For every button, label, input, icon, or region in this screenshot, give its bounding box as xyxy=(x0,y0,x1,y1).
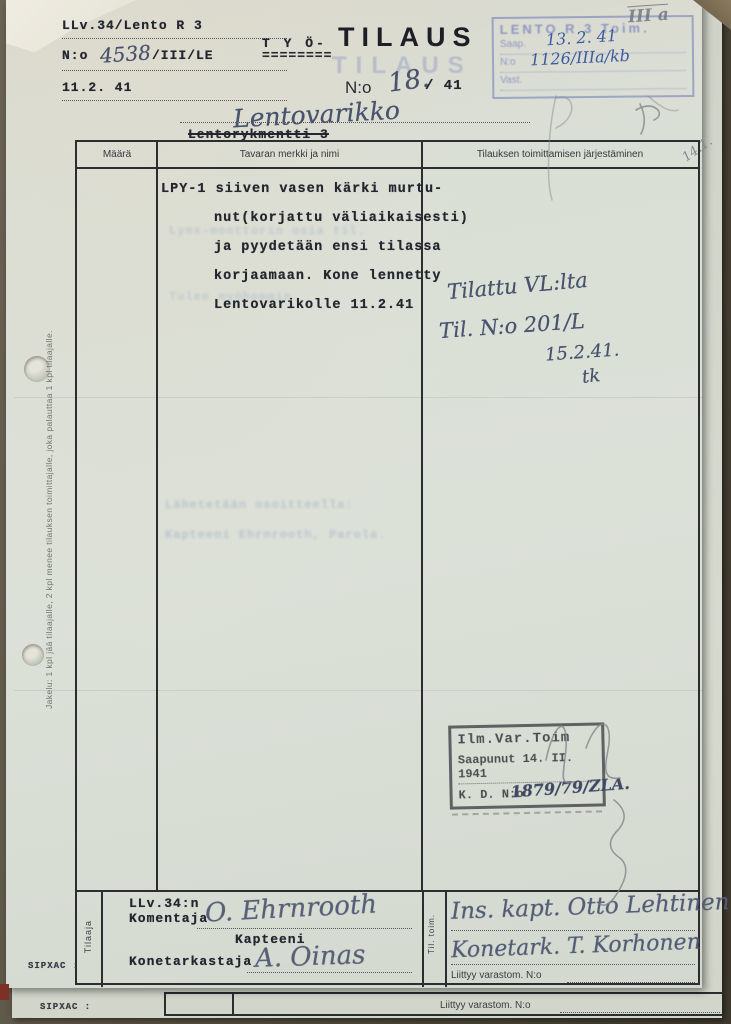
punch-hole xyxy=(22,644,44,666)
handwritten-note: 15.2.41. xyxy=(544,339,620,365)
divider xyxy=(445,892,447,987)
under-sheet-varasto-label: Liittyy varastom. N:o xyxy=(440,1000,531,1011)
order-text-line: LPY-1 siiven vasen kärki murtu- xyxy=(161,182,443,197)
document-number-label: N:o xyxy=(62,48,88,63)
sipxac-label: SIPXAC : xyxy=(28,961,79,971)
order-text-line: korjaamaan. Kone lennetty xyxy=(214,269,442,284)
ghost-bleedthrough-line: Lynx-moottorin osia til. xyxy=(169,224,366,238)
handwritten-note: Til. N:o 201/L xyxy=(438,309,585,343)
underline xyxy=(62,38,287,39)
col-header-maara: Määrä xyxy=(77,149,157,160)
col-header-tilauksen: Tilauksen toimittamisen järjestäminen xyxy=(422,149,698,160)
til-toim-label: Til. toim. xyxy=(427,914,436,954)
order-text-line: nut(korjattu väliaikaisesti) xyxy=(214,211,469,226)
unit-line: LLv.34/Lento R 3 xyxy=(62,18,203,33)
underline xyxy=(62,70,287,71)
supplier-signature-1: Ins. kapt. Otto Lehtinen xyxy=(451,889,730,925)
varasto-label: Liittyy varastom. N:o xyxy=(451,970,542,981)
order-table: Määrä Tavaran merkki ja nimi Tilauksen t… xyxy=(75,140,700,985)
order-text-line: ja pyydetään ensi tilassa xyxy=(214,240,442,255)
orderer-title: Komentaja xyxy=(129,911,208,926)
ghost-bleedthrough-line: Kapteeni Ehrnrooth, Parola. xyxy=(165,528,386,542)
order-number-label: N:o xyxy=(345,78,371,98)
orderer-unit: LLv.34:n xyxy=(129,896,199,911)
signature-line xyxy=(197,928,412,929)
signature-line xyxy=(451,964,695,965)
order-text-line: Lentovarikolle 11.2.41 xyxy=(214,298,414,313)
handwritten-initials: tk xyxy=(581,365,601,388)
divider xyxy=(101,892,103,987)
signature-line xyxy=(247,972,412,973)
title-underline-glyphs: ======== xyxy=(262,48,332,63)
stamp-row-label: Saap. xyxy=(500,39,526,50)
supplier-signature-2: Konetark. T. Korhonen xyxy=(451,930,702,964)
document-number-suffix: /III/LE xyxy=(152,48,214,63)
stamp-row-label: Vast. xyxy=(500,75,522,86)
inspector-label: Konetarkastaja xyxy=(129,954,252,969)
distribution-note: Jakelu: 1 kpl jää tilaajalle, 2 kpl mene… xyxy=(44,330,54,710)
document-date: 11.2. 41 xyxy=(62,80,132,95)
ghost-bleedthrough-line: Lähetetään osoitteella: xyxy=(165,498,354,512)
handwritten-note: Tilattu VL:lta xyxy=(446,268,588,304)
page-title: TILAUS xyxy=(338,22,478,53)
order-number-suffix: / 41 xyxy=(425,78,463,94)
underline xyxy=(180,122,530,123)
tilaaja-label: Tilaaja xyxy=(83,920,93,953)
inspector-signature: A. Oinas xyxy=(255,940,367,974)
divider xyxy=(422,892,424,987)
underline xyxy=(62,100,287,101)
under-sheet-sipxac-label: SIPXAC : xyxy=(40,1002,91,1012)
under-sheet-dotline xyxy=(560,1012,720,1013)
table-header-row: Määrä Tavaran merkki ja nimi Tilauksen t… xyxy=(77,142,698,169)
ilm-var-toim-stamp: Ilm.Var.Toim Saapunut 14. II. 1941 K. D.… xyxy=(448,722,606,809)
document-number-handwritten: 4538 xyxy=(99,40,151,67)
receiving-stamp-lento-r3: LENTO R 3 Toim. Saap. N:o Vast. 13. 2. 4… xyxy=(492,15,695,99)
column-divider xyxy=(156,142,158,890)
signature-section: Tilaaja LLv.34:n Komentaja O. Ehrnrooth … xyxy=(77,890,698,987)
varasto-dotline xyxy=(567,982,695,983)
stamp-row-label: N:o xyxy=(500,57,516,68)
red-edge-mark xyxy=(0,984,9,1000)
col-header-tavaran: Tavaran merkki ja nimi xyxy=(157,149,422,160)
commander-signature: O. Ehrnrooth xyxy=(204,890,377,929)
scanned-document-photo: SIPXAC : Liittyy varastom. N:o LLv.34/Le… xyxy=(0,0,731,1024)
recv-stamp-title: Ilm.Var.Toim xyxy=(457,729,601,748)
